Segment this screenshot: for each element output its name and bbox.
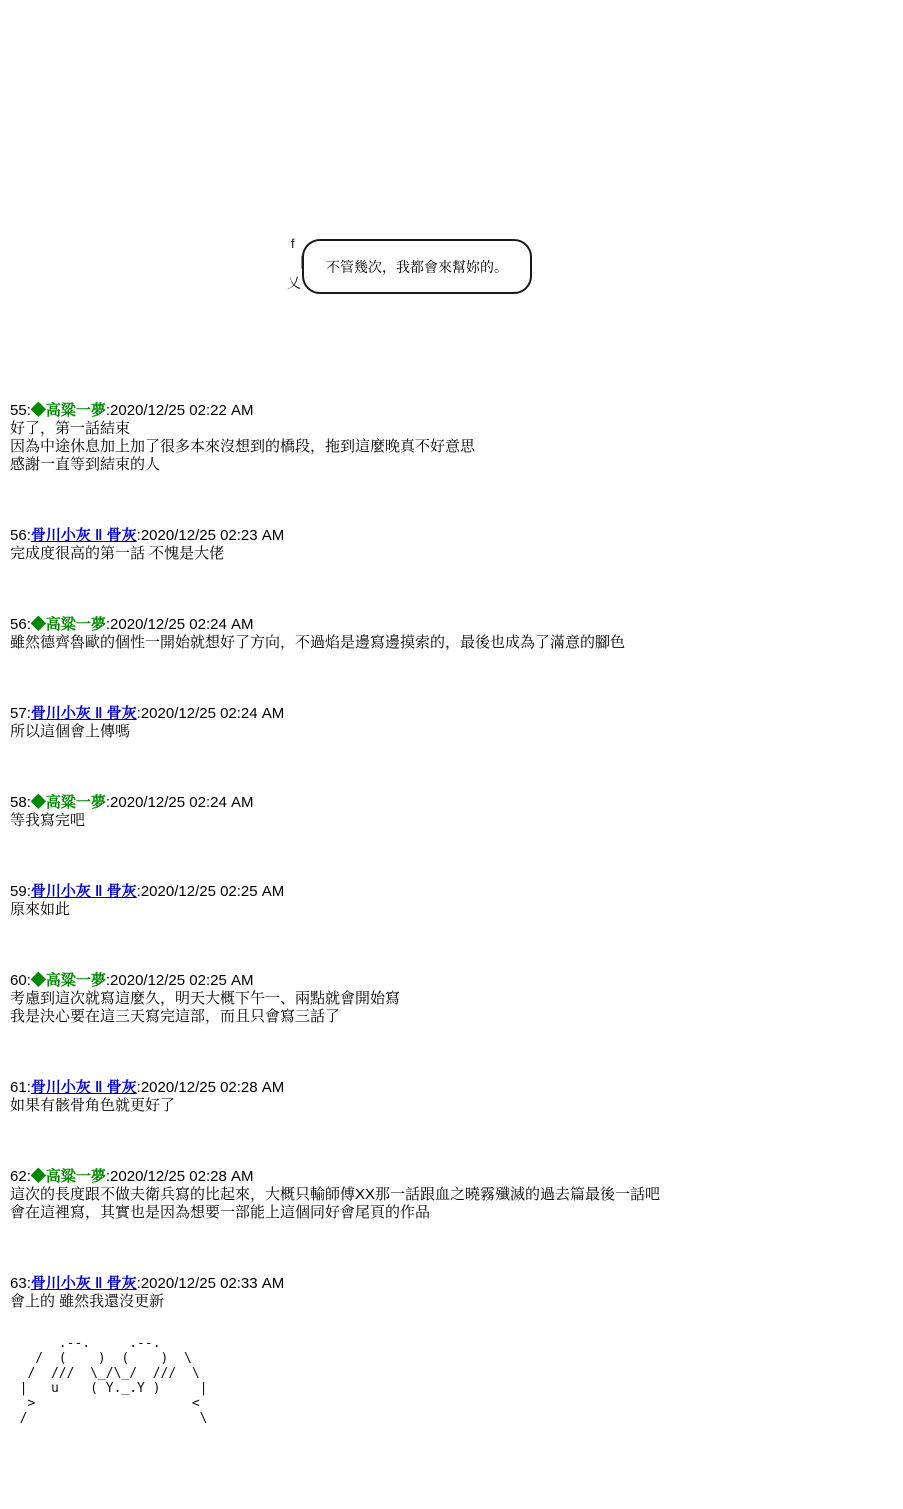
post-header: 57:骨川小灰 ‖ 骨灰:2020/12/25 02:24 AM — [10, 705, 890, 723]
post-body-line: 好了，第一話結束 — [10, 420, 890, 438]
post-body-line: 會在這裡寫，其實也是因為想要一部能上這個同好會尾頁的作品 — [10, 1204, 890, 1222]
post-number: 60 — [10, 972, 27, 989]
post-author: ◆高粱一夢 — [31, 972, 106, 989]
post-timestamp: 2020/12/25 02:24 AM — [110, 616, 253, 633]
post-number: 57 — [10, 705, 27, 722]
post-body: 好了，第一話結束因為中途休息加上加了很多本來沒想到的橋段，拖到這麼晚真不好意思感… — [10, 420, 890, 474]
post-timestamp: 2020/12/25 02:25 AM — [110, 972, 253, 989]
post: 57:骨川小灰 ‖ 骨灰:2020/12/25 02:24 AM所以這個會上傳嗎 — [10, 705, 890, 741]
post-header: 63:骨川小灰 ‖ 骨灰:2020/12/25 02:33 AM — [10, 1275, 890, 1293]
post-header: 56:◆高粱一夢:2020/12/25 02:24 AM — [10, 616, 890, 634]
post-author-link[interactable]: 骨川小灰 ‖ 骨灰 — [31, 1079, 137, 1096]
post-body: 等我寫完吧 — [10, 812, 890, 830]
post-author: ◆高粱一夢 — [31, 1168, 106, 1185]
post-timestamp: 2020/12/25 02:24 AM — [141, 705, 284, 722]
post-body-line: 感謝一直等到結束的人 — [10, 456, 890, 474]
post-author: ◆高粱一夢 — [31, 616, 106, 633]
post-number: 59 — [10, 883, 27, 900]
post-body-line: 原來如此 — [10, 901, 890, 919]
post-body-line: 如果有骸骨角色就更好了 — [10, 1097, 890, 1115]
post-body: 會上的 雖然我還沒更新 — [10, 1293, 890, 1311]
post-timestamp: 2020/12/25 02:28 AM — [141, 1079, 284, 1096]
post: 58:◆高粱一夢:2020/12/25 02:24 AM等我寫完吧 — [10, 794, 890, 830]
post-body: 所以這個會上傳嗎 — [10, 723, 890, 741]
post-header: 61:骨川小灰 ‖ 骨灰:2020/12/25 02:28 AM — [10, 1079, 890, 1097]
post-author-link[interactable]: 骨川小灰 ‖ 骨灰 — [31, 705, 137, 722]
post-number: 55 — [10, 402, 27, 419]
speech-bubble-tail-bottom: 乂 — [287, 277, 301, 290]
post-body: 這次的長度跟不做夫衛兵寫的比起來，大概只輸師傅XX那一話跟血之曉霧殲滅的過去篇最… — [10, 1186, 890, 1222]
post-body-line: 雖然德齊魯歐的個性一開始就想好了方向，不過焰是邊寫邊摸索的，最後也成為了滿意的腳… — [10, 634, 890, 652]
post-body: 原來如此 — [10, 901, 890, 919]
post-body: 考慮到這次就寫這麼久，明天大概下午一、兩點就會開始寫我是決心要在這三天寫完這部，… — [10, 990, 890, 1026]
post-header: 56:骨川小灰 ‖ 骨灰:2020/12/25 02:23 AM — [10, 527, 890, 545]
post: 56:骨川小灰 ‖ 骨灰:2020/12/25 02:23 AM完成度很高的第一… — [10, 527, 890, 563]
post-header: 58:◆高粱一夢:2020/12/25 02:24 AM — [10, 794, 890, 812]
speech-bubble-text: 不管幾次，我都會來幫妳的。 — [326, 257, 508, 277]
post-body-line: 等我寫完吧 — [10, 812, 890, 830]
post-body: 完成度很高的第一話 不愧是大佬 — [10, 545, 890, 563]
post: 63:骨川小灰 ‖ 骨灰:2020/12/25 02:33 AM會上的 雖然我還… — [10, 1275, 890, 1311]
post-number: 61 — [10, 1079, 27, 1096]
post: 60:◆高粱一夢:2020/12/25 02:25 AM考慮到這次就寫這麼久，明… — [10, 972, 890, 1026]
post-timestamp: 2020/12/25 02:22 AM — [110, 402, 253, 419]
post-author-link[interactable]: 骨川小灰 ‖ 骨灰 — [31, 1275, 137, 1292]
post-author: ◆高粱一夢 — [31, 402, 106, 419]
post-body: 如果有骸骨角色就更好了 — [10, 1097, 890, 1115]
speech-bubble-box: 不管幾次，我都會來幫妳的。 — [302, 239, 532, 294]
post-timestamp: 2020/12/25 02:23 AM — [141, 527, 284, 544]
post-header: 60:◆高粱一夢:2020/12/25 02:25 AM — [10, 972, 890, 990]
post-header: 55:◆高粱一夢:2020/12/25 02:22 AM — [10, 402, 890, 420]
post-number: 63 — [10, 1275, 27, 1292]
post-body: 雖然德齊魯歐的個性一開始就想好了方向，不過焰是邊寫邊摸索的，最後也成為了滿意的腳… — [10, 634, 890, 652]
post-body-line: 我是決心要在這三天寫完這部，而且只會寫三話了 — [10, 1008, 890, 1026]
post-timestamp: 2020/12/25 02:24 AM — [110, 794, 253, 811]
post-body-line: 這次的長度跟不做夫衛兵寫的比起來，大概只輸師傅XX那一話跟血之曉霧殲滅的過去篇最… — [10, 1186, 890, 1204]
post-header: 59:骨川小灰 ‖ 骨灰:2020/12/25 02:25 AM — [10, 883, 890, 901]
ascii-art-cat: .--. .--. / ( ) ( ) \ / /// \_/\_/ /// \… — [4, 1336, 208, 1426]
post-list: 55:◆高粱一夢:2020/12/25 02:22 AM好了，第一話結束因為中途… — [10, 402, 890, 1364]
post-author-link[interactable]: 骨川小灰 ‖ 骨灰 — [31, 527, 137, 544]
post-body-line: 所以這個會上傳嗎 — [10, 723, 890, 741]
post-author-link[interactable]: 骨川小灰 ‖ 骨灰 — [31, 883, 137, 900]
post-header: 62:◆高粱一夢:2020/12/25 02:28 AM — [10, 1168, 890, 1186]
post-number: 56 — [10, 527, 27, 544]
post: 56:◆高粱一夢:2020/12/25 02:24 AM雖然德齊魯歐的個性一開始… — [10, 616, 890, 652]
post-body-line: 會上的 雖然我還沒更新 — [10, 1293, 890, 1311]
post-number: 56 — [10, 616, 27, 633]
post: 59:骨川小灰 ‖ 骨灰:2020/12/25 02:25 AM原來如此 — [10, 883, 890, 919]
post: 61:骨川小灰 ‖ 骨灰:2020/12/25 02:28 AM如果有骸骨角色就… — [10, 1079, 890, 1115]
post-author: ◆高粱一夢 — [31, 794, 106, 811]
post-body-line: 因為中途休息加上加了很多本來沒想到的橋段，拖到這麼晚真不好意思 — [10, 438, 890, 456]
post-body-line: 考慮到這次就寫這麼久，明天大概下午一、兩點就會開始寫 — [10, 990, 890, 1008]
post-timestamp: 2020/12/25 02:33 AM — [141, 1275, 284, 1292]
post-number: 62 — [10, 1168, 27, 1185]
post-timestamp: 2020/12/25 02:28 AM — [110, 1168, 253, 1185]
post: 55:◆高粱一夢:2020/12/25 02:22 AM好了，第一話結束因為中途… — [10, 402, 890, 474]
post-timestamp: 2020/12/25 02:25 AM — [141, 883, 284, 900]
post: 62:◆高粱一夢:2020/12/25 02:28 AM這次的長度跟不做夫衛兵寫… — [10, 1168, 890, 1222]
speech-bubble-tail-top: f — [291, 237, 295, 250]
post-number: 58 — [10, 794, 27, 811]
post-body-line: 完成度很高的第一話 不愧是大佬 — [10, 545, 890, 563]
